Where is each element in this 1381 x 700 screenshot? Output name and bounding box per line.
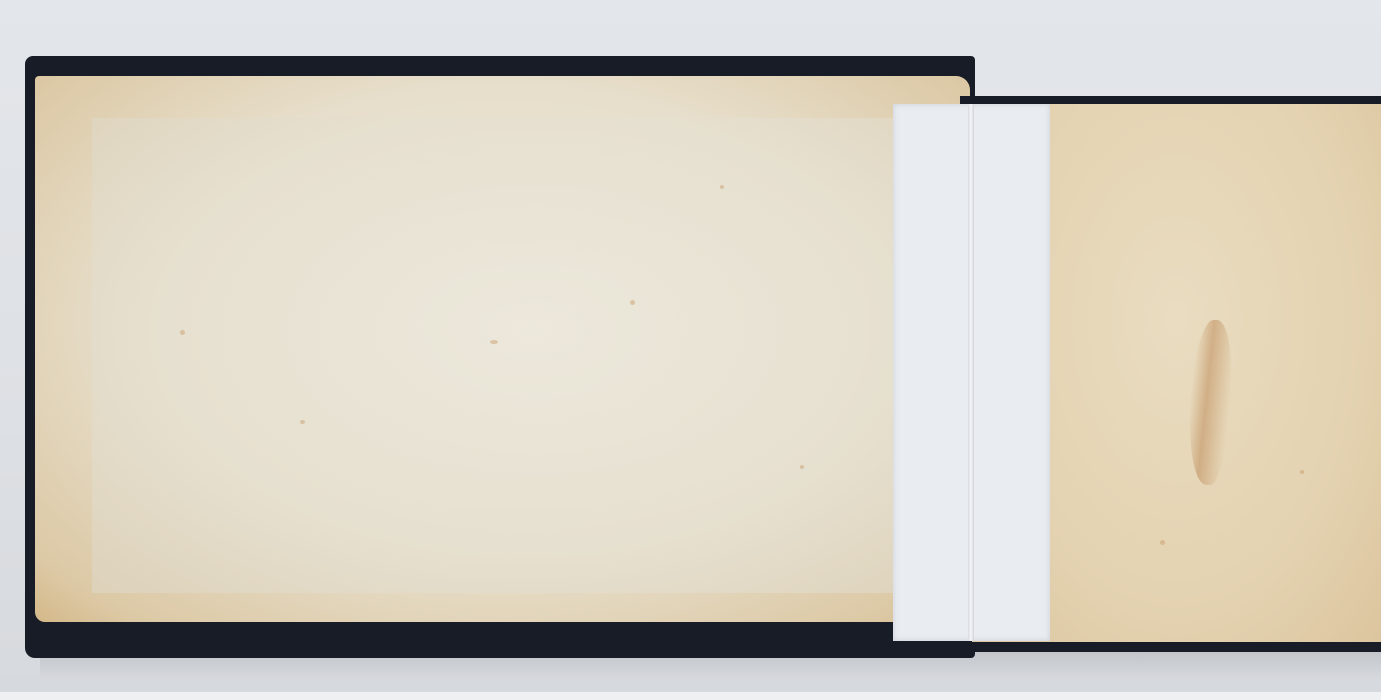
foxing-spot — [800, 465, 804, 469]
foxing-spot — [180, 330, 185, 335]
tape-fold — [968, 104, 974, 641]
foxing-spot — [490, 340, 498, 344]
foxing-spot — [1160, 540, 1165, 545]
surface-edge — [0, 692, 1381, 700]
left-page-plate-mark — [92, 118, 902, 593]
foxing-spot — [720, 185, 724, 189]
foxing-spot — [1300, 470, 1304, 474]
foxing-spot — [630, 300, 635, 305]
foxing-spot — [300, 420, 305, 424]
